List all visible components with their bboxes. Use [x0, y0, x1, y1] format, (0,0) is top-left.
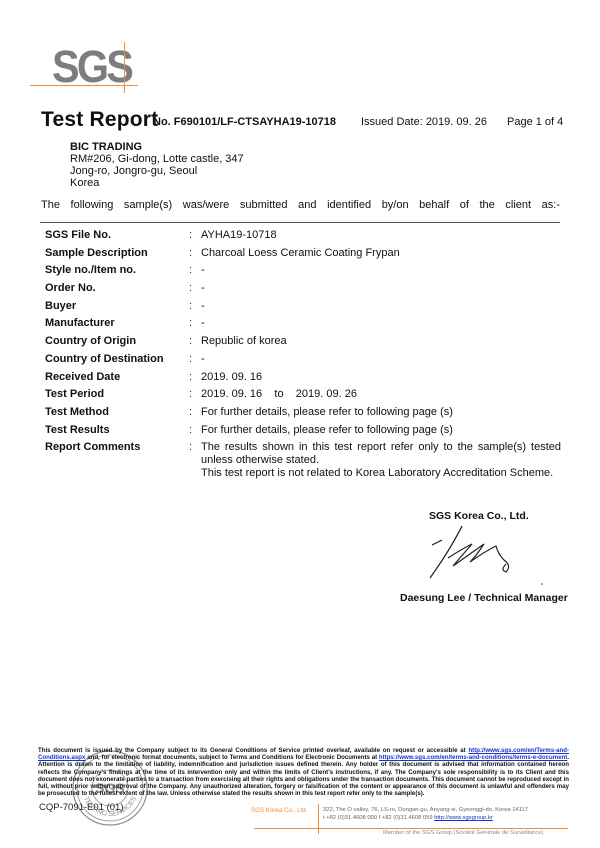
footer-phone: t +82 (0)31 4608 000 f +82 (0)31 4608 05… — [323, 815, 434, 821]
table-row: Manufacturer:- — [45, 317, 565, 335]
field-label: Country of Destination — [45, 353, 189, 371]
signer-name: Daesung Lee / Technical Manager — [400, 592, 568, 604]
e-document-terms-link[interactable]: https://www.sgs.com/en/terms-and-conditi… — [379, 754, 567, 761]
field-label: Test Method — [45, 406, 189, 424]
client-name: BIC TRADING — [70, 141, 244, 153]
table-row: Style no./Item no.:- — [45, 264, 565, 282]
report-number: No. F690101/LF-CTSAYHA19-10718 — [153, 116, 336, 128]
field-value: - — [201, 300, 561, 318]
field-label: Test Results — [45, 424, 189, 442]
logo-vertical-line — [124, 42, 125, 93]
field-value: Republic of korea — [201, 335, 561, 353]
field-value: The results shown in this test report re… — [201, 441, 561, 480]
field-colon: : — [189, 335, 201, 353]
table-row: Report Comments: The results shown in th… — [45, 441, 565, 480]
footer-contact: t +82 (0)31 4608 000 f +82 (0)31 4608 05… — [323, 814, 528, 822]
table-row: Received Date:2019. 09. 16 — [45, 371, 565, 389]
field-value: 2019. 09. 16 — [201, 371, 561, 389]
issued-date: Issued Date: 2019. 09. 26 — [361, 116, 487, 128]
field-colon: : — [189, 229, 201, 247]
divider — [40, 222, 560, 223]
field-colon: : — [189, 371, 201, 389]
field-colon: : — [189, 441, 201, 480]
field-label: Received Date — [45, 371, 189, 389]
intro-text: The following sample(s) was/were submitt… — [41, 199, 560, 211]
field-value: 2019. 09. 16 to 2019. 09. 26 — [201, 388, 561, 406]
field-label: Sample Description — [45, 247, 189, 265]
table-row: Test Results:For further details, please… — [45, 424, 565, 442]
table-row: Country of Origin:Republic of korea — [45, 335, 565, 353]
field-value: For further details, please refer to fol… — [201, 424, 561, 442]
client-block: BIC TRADING RM#206, Gi-dong, Lotte castl… — [70, 141, 244, 189]
page-title: Test Report — [41, 108, 158, 132]
field-label: Report Comments — [45, 441, 189, 480]
field-value: - — [201, 317, 561, 335]
footer-vertical-divider — [318, 804, 319, 834]
table-row: Buyer:- — [45, 300, 565, 318]
table-row: Test Method:For further details, please … — [45, 406, 565, 424]
table-row: Order No.:- — [45, 282, 565, 300]
field-label: Buyer — [45, 300, 189, 318]
client-address-line: RM#206, Gi-dong, Lotte castle, 347 — [70, 153, 244, 165]
field-label: Country of Origin — [45, 335, 189, 353]
field-colon: : — [189, 406, 201, 424]
field-colon: : — [189, 300, 201, 318]
field-colon: : — [189, 264, 201, 282]
page-number: Page 1 of 4 — [507, 116, 563, 128]
field-value: Charcoal Loess Ceramic Coating Frypan — [201, 247, 561, 265]
field-colon: : — [189, 424, 201, 442]
field-value: - — [201, 264, 561, 282]
footer-company: SGS Korea Co., Ltd. — [251, 807, 307, 814]
footer-horizontal-divider — [254, 828, 568, 829]
stamp-center-text: SGS — [95, 780, 125, 796]
field-colon: : — [189, 282, 201, 300]
website-link[interactable]: http://www.sgsgroup.kr — [434, 815, 493, 821]
table-row: Country of Destination:- — [45, 353, 565, 371]
footer-member-text: Member of the SGS Group (Société Général… — [383, 830, 543, 836]
signature-image — [420, 520, 570, 590]
sample-info-table: SGS File No.:AYHA19-10718 Sample Descrip… — [45, 229, 565, 480]
footer-address-block: 322, The O valley, 76, LS-ro, Dongan-gu,… — [323, 806, 528, 822]
field-label: Manufacturer — [45, 317, 189, 335]
field-colon: : — [189, 247, 201, 265]
footer-address: 322, The O valley, 76, LS-ro, Dongan-gu,… — [323, 806, 528, 814]
field-value: - — [201, 282, 561, 300]
field-label: Test Period — [45, 388, 189, 406]
table-row: Sample Description:Charcoal Loess Cerami… — [45, 247, 565, 265]
field-label: Order No. — [45, 282, 189, 300]
testing-services-stamp-icon: SGS TESTING SERVICES — [70, 748, 150, 828]
table-row: Test Period:2019. 09. 16 to 2019. 09. 26 — [45, 388, 565, 406]
field-value: - — [201, 353, 561, 371]
logo-text: SGS — [52, 44, 131, 89]
field-colon: : — [189, 317, 201, 335]
field-value: AYHA19-10718 — [201, 229, 561, 247]
client-address-line: Jong-ro, Jongro-gu, Seoul — [70, 165, 244, 177]
form-code: CQP-7091-E01 (01) — [39, 802, 123, 813]
logo-horizontal-line — [30, 85, 138, 86]
field-colon: : — [189, 388, 201, 406]
client-address-line: Korea — [70, 177, 244, 189]
field-label: Style no./Item no. — [45, 264, 189, 282]
comment-line: The results shown in this test report re… — [201, 441, 561, 467]
sgs-logo: SGS — [30, 40, 140, 96]
table-row: SGS File No.:AYHA19-10718 — [45, 229, 565, 247]
field-label: SGS File No. — [45, 229, 189, 247]
field-colon: : — [189, 353, 201, 371]
field-value: For further details, please refer to fol… — [201, 406, 561, 424]
comment-line: This test report is not related to Korea… — [201, 467, 561, 480]
